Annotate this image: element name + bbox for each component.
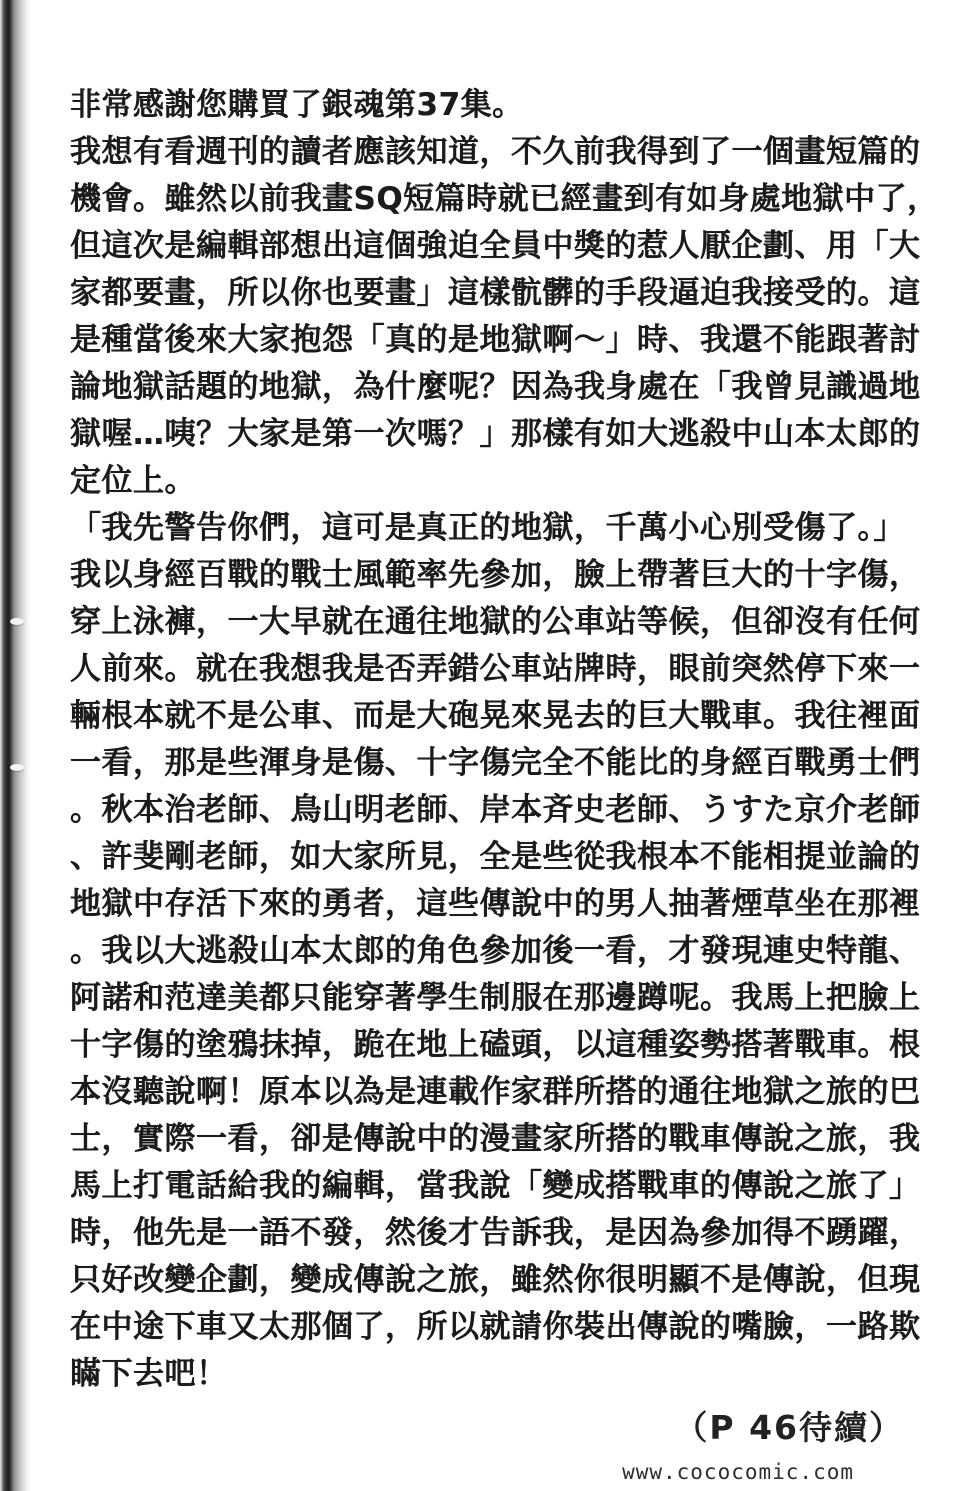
text-line: 十字傷的塗鴉抹掉，跪在地上磕頭，以這種姿勢搭著戰車。根 (70, 1022, 915, 1069)
text-line: 瞞下去吧！ (70, 1351, 915, 1398)
text-line: 輛根本就不是公車、而是大砲晃來晃去的巨大戰車。我往裡面 (70, 693, 915, 740)
text-line: 、許斐剛老師，如大家所見，全是些從我根本不能相提並論的 (70, 834, 915, 881)
text-line: 我以身經百戰的戰士風範率先參加，臉上帶著巨大的十字傷， (70, 552, 915, 599)
text-line: 定位上。 (70, 458, 915, 505)
text-line: 是種當後來大家抱怨「真的是地獄啊～」時、我還不能跟著討 (70, 317, 915, 364)
continuation-note: （P 46待續） (674, 1402, 904, 1449)
manga-afterword-page: 非常感謝您購買了銀魂第37集。 我想有看週刊的讀者應該知道，不久前我得到了一個畫… (0, 0, 960, 1491)
text-line: 獄喔…咦？大家是第一次嗎？」那樣有如大逃殺中山本太郎的 (70, 411, 915, 458)
afterword-text: 非常感謝您購買了銀魂第37集。 我想有看週刊的讀者應該知道，不久前我得到了一個畫… (70, 82, 915, 1398)
binding-notch (10, 618, 24, 625)
text-line: 阿諾和范達美都只能穿著學生制服在那邊蹲呢。我馬上把臉上 (70, 975, 915, 1022)
text-line: 論地獄話題的地獄，為什麼呢？因為我身處在「我曾見識過地 (70, 364, 915, 411)
text-line: 在中途下車又太那個了，所以就請你裝出傳說的嘴臉，一路欺 (70, 1304, 915, 1351)
text-line: 家都要畫，所以你也要畫」這樣骯髒的手段逼迫我接受的。這 (70, 270, 915, 317)
watermark-url: www.cococomic.com (622, 1460, 854, 1484)
text-line: 只好改變企劃，變成傳說之旅，雖然你很明顯不是傳說，但現 (70, 1257, 915, 1304)
text-line: 地獄中存活下來的勇者，這些傳說中的男人抽著煙草坐在那裡 (70, 881, 915, 928)
text-line: 。秋本治老師、鳥山明老師、岸本斉史老師、うすた京介老師 (70, 787, 915, 834)
text-line: 。我以大逃殺山本太郎的角色參加後一看，才發現連史特龍、 (70, 928, 915, 975)
binding-notch (10, 764, 24, 771)
text-line: 人前來。就在我想我是否弄錯公車站牌時，眼前突然停下來一 (70, 646, 915, 693)
text-line: 「我先警告你們，這可是真正的地獄，千萬小心別受傷了。」 (70, 505, 915, 552)
text-line: 馬上打電話給我的編輯，當我說「變成搭戰車的傳說之旅了」 (70, 1163, 915, 1210)
text-line: 機會。雖然以前我畫SQ短篇時就已經畫到有如身處地獄中了， (70, 176, 915, 223)
text-line: 本沒聽說啊！原本以為是連載作家群所搭的通往地獄之旅的巴 (70, 1069, 915, 1116)
text-line: 非常感謝您購買了銀魂第37集。 (70, 82, 915, 129)
text-line: 但這次是編輯部想出這個強迫全員中獎的惹人厭企劃、用「大 (70, 223, 915, 270)
text-line: 穿上泳褲，一大早就在通往地獄的公車站等候，但卻沒有任何 (70, 599, 915, 646)
text-line: 一看，那是些渾身是傷、十字傷完全不能比的身經百戰勇士們 (70, 740, 915, 787)
text-line: 我想有看週刊的讀者應該知道，不久前我得到了一個畫短篇的 (70, 129, 915, 176)
text-line: 時，他先是一語不發，然後才告訴我，是因為參加得不踴躍， (70, 1210, 915, 1257)
page-binding-edge (0, 0, 30, 1491)
text-line: 士，實際一看，卻是傳說中的漫畫家所搭的戰車傳說之旅，我 (70, 1116, 915, 1163)
